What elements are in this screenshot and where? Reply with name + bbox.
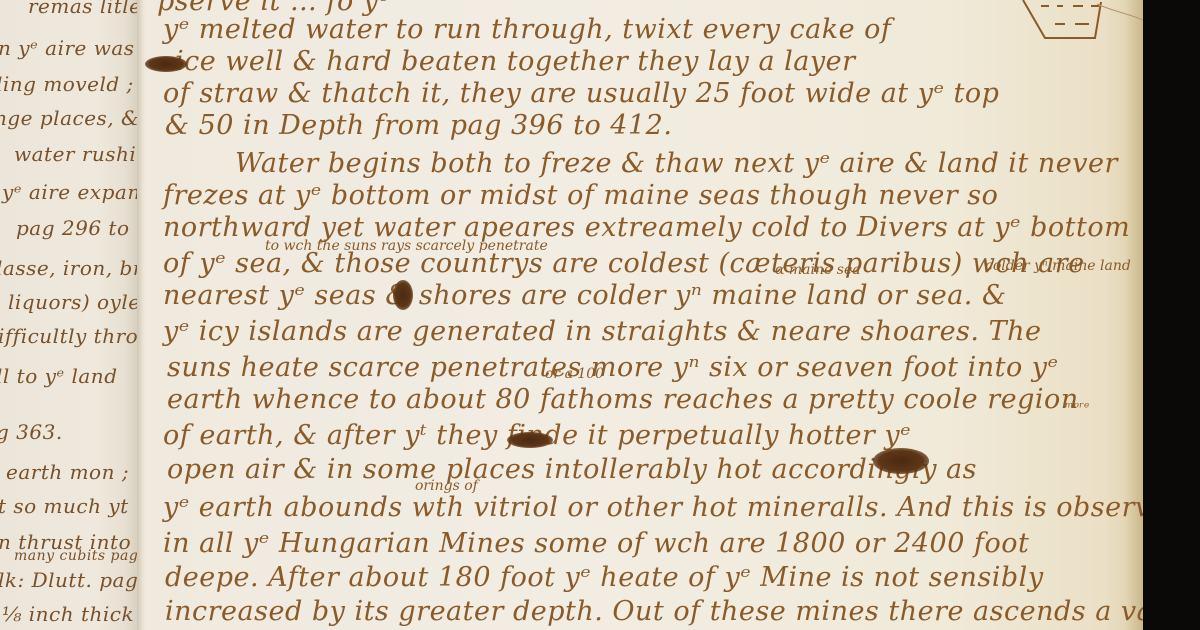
left-line: liquors) oyle of T [8,290,137,314]
left-line: earth mon ; [6,460,129,484]
page-edge-shadow [1125,0,1143,630]
text-line: yᵉ earth abounds wth vitriol or other ho… [163,492,1143,523]
ice-pit-sketch-icon [1015,0,1143,50]
left-line: water rushi [14,142,136,166]
text-line: open air & in some places intollerably h… [167,454,977,485]
text-line: yᵉ icy islands are generated in straight… [163,316,1041,347]
text-line: deepe. After about 180 foot yᵉ heate of … [165,562,1044,593]
paragraph-start-line: Water begins both to freze & thaw next y… [235,148,1118,179]
interlinear-insertion: ɑ maine sea [775,262,861,278]
text-line: yᵉ melted water to run through, twixt ev… [163,14,891,45]
text-line: ice well & hard beaten together they lay… [175,46,856,77]
text-line: nearest yᵉ seas & shores are colder yⁿ m… [163,280,1007,311]
left-line: ⅛ inch thick [2,602,134,626]
ink-blot [873,448,929,474]
left-line: remas litle room [28,0,137,18]
left-line: ling moveld ; [0,72,134,96]
interlinear-insertion: ᵐᵒʳᵉ [1065,400,1089,416]
text-line: frezes at yᵉ bottom or midst of maine se… [163,180,998,211]
dark-backdrop [1143,0,1200,630]
text-line: of yᵉ sea, & those countrys are coldest … [163,248,1085,279]
interlinear-insertion: colder yⁿ maine land [985,258,1131,274]
left-line: g 363. [0,420,63,444]
left-line: many cubits pag 3 [14,548,137,564]
left-line: ll to yᵉ land [0,364,118,388]
text-line: earth whence to about 80 fathoms reaches… [167,384,1079,415]
interlinear-insertion: or a 100 [545,366,604,382]
text-line: suns heate scarce penetrates more yⁿ six… [167,352,1059,383]
text-line: of straw & thatch it, they are usually 2… [163,78,999,109]
left-line: yᵉ aire expandi [2,180,137,204]
ink-strikeout [145,56,187,72]
left-line: lasse, iron, brasse, p [0,256,137,280]
left-line: pag 296 to p 337 [16,216,137,240]
ink-strikeout [507,432,553,448]
left-page: remas litle room n yᵉ aire was con ling … [0,0,137,630]
left-line: t so much yt [0,494,129,518]
left-line: n yᵉ aire was con [0,36,137,60]
text-line: in all yᵉ Hungarian Mines some of wch ar… [163,528,1029,559]
left-line: lk: Dlutt. pag 3 [0,568,137,592]
left-line: ifficultly through [0,324,137,348]
right-page: pserve it … fo yᵉ yᵉ melted water to run… [145,0,1143,630]
text-line: & 50 in Depth from pag 396 to 412. [165,110,672,141]
ink-blot [393,280,413,310]
left-line: nge places, & ; [0,106,137,130]
text-line: increased by its greater depth. Out of t… [165,596,1143,627]
